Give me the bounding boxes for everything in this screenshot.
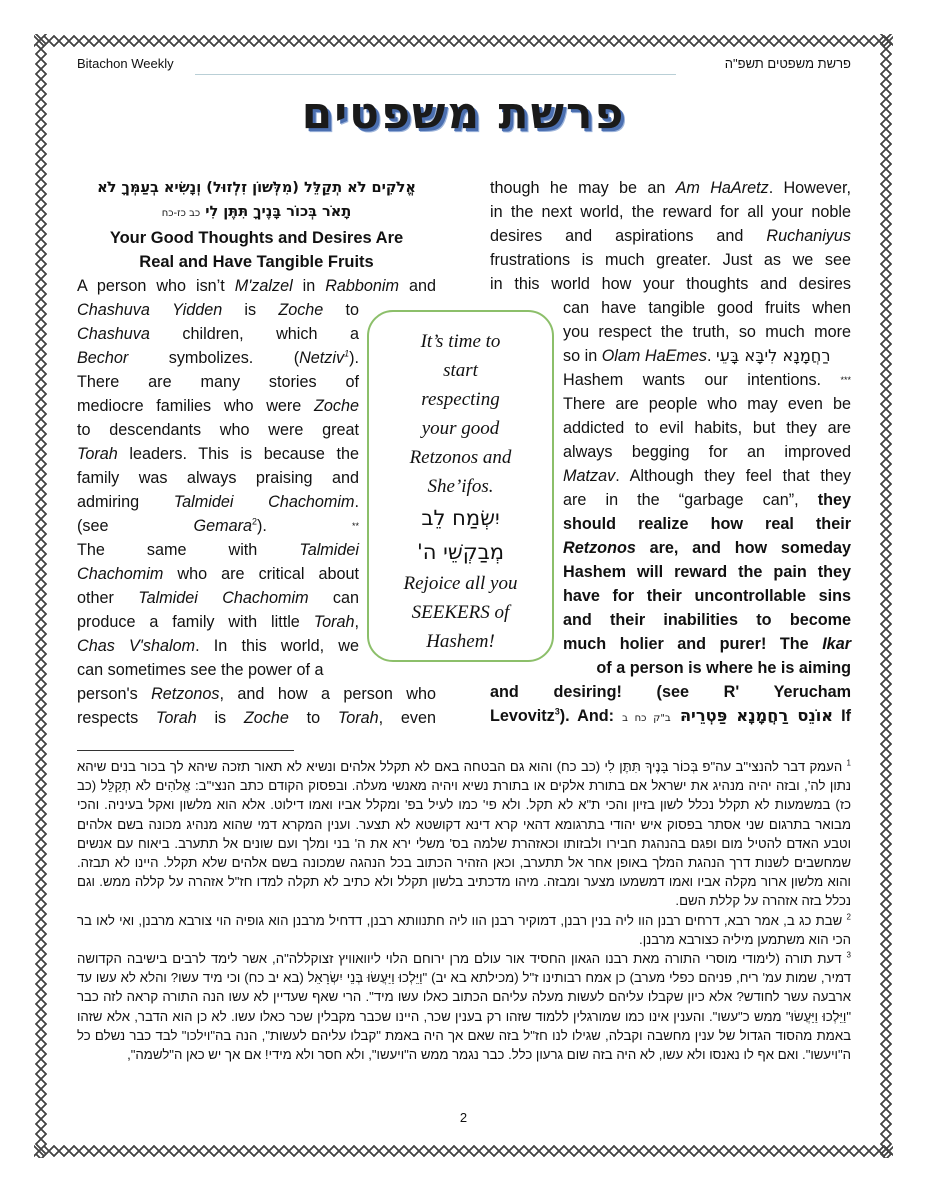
body-line: respects Torah is Zoche to Torah, even [77,706,436,730]
body-line: admiring Talmidei Chachomim. [77,490,359,514]
body-line: you respect the truth, so much more [563,320,851,344]
body-line: to descendants who were great [77,418,359,442]
quote-line: your good [369,414,552,443]
quote-line: It’s time to [369,327,552,356]
body-line: so in Olam HaEmes. רַחֲמָנָא לִיבָּא בָּ… [563,344,851,368]
header-parsha-year: פרשת משפטים תשפ"ה [725,56,851,71]
hebrew-verse: אֱלֹקִים לֹא תְקַלֵּל (מִלְּשׁוֹן זִלְזו… [77,176,436,226]
body-line: mediocre families who were Zoche [77,394,359,418]
quote-hebrew-line: יִשְׂמַח לֵב [369,501,552,535]
header-rule [195,74,676,75]
body-line: though he may be an Am HaAretz. However, [490,176,851,200]
body-line: A person who isn’t M'zalzel in Rabbonim … [77,274,436,298]
quote-line: respecting [369,385,552,414]
footnote-3: 3 דעת תורה (לימודי מוסרי התורה מאת רבנו … [77,949,851,1064]
body-line: can sometimes see the power of a [77,658,359,682]
footnote-text: העמק דבר להנצי"ב עה"פ בְּכוֹר בָּנֶיךָ ת… [77,759,851,908]
body-line: produce a family with little Torah, [77,610,359,634]
body-line: other Talmidei Chachomim can [77,586,359,610]
body-line: always begging for an improved [563,440,851,464]
page-title: פרשת משפטים [0,88,927,139]
quote-line: Hashem! [369,627,552,656]
hebrew-verse-line-1: אֱלֹקִים לֹא תְקַלֵּל (מִלְּשׁוֹן זִלְזו… [77,176,436,200]
quote-line: SEEKERS of [369,598,552,627]
page-header: Bitachon Weekly פרשת משפטים תשפ"ה [77,56,851,76]
body-line: and their inabilities to become [563,608,851,632]
body-line: Hashem will reward the pain they [563,560,851,584]
border-right [879,34,893,1158]
body-line: Chashuva Yidden is Zoche to [77,298,359,322]
left-wrap-block: Chashuva Yidden is Zoche to Chashuva chi… [77,298,359,682]
body-line: Chashuva children, which a [77,322,359,346]
footnotes: 1 העמק דבר להנצי"ב עה"פ בְּכוֹר בָּנֶיךָ… [77,757,851,1064]
footnote-number: 2 [847,912,851,921]
quote-line: Rejoice all you [369,569,552,598]
body-line: are in the “garbage can”, they [563,488,851,512]
body-line: Chas V'shalom. In this world, we [77,634,359,658]
body-line: Bechor symbolizes. (Netziv1). [77,346,359,370]
border-top [34,34,893,48]
body-line: Retzonos are, and how someday [563,536,851,560]
page-number: 2 [0,1110,927,1125]
body-line: (see Gemara2). ** [77,514,359,538]
body-line: desires and aspirations and Ruchaniyus [490,224,851,248]
footnote-2: 2 שבת כג ב, אמר רבא, דרחים רבנן הוו ליה … [77,911,851,949]
footnote-text: שבת כג ב, אמר רבא, דרחים רבנן הוו ליה בנ… [77,913,851,947]
body-line: Chachomim who are critical about [77,562,359,586]
header-publication-name: Bitachon Weekly [77,56,174,71]
footnote-text: דעת תורה (לימודי מוסרי התורה מאת רבנו הג… [77,951,851,1062]
footnote-number: 1 [847,759,851,768]
body-line: Levovitz3). And: אוֹנֵס רַחֲמָנָא פַּטְר… [490,704,851,728]
body-line: Matzav. Although they feel that they [563,464,851,488]
hebrew-verse-line-2: תָאֹר בְּכוֹר בָּנֶיךָ תִּתֶּן לִי כב כז… [77,200,436,226]
quote-line: start [369,356,552,385]
body-line: There are people who may even be [563,392,851,416]
quote-hebrew-line: מְבַקְשֵׁי ה' [369,535,552,569]
body-line: of a person is where he is aiming [490,656,851,680]
pull-quote-box: It’s time to start respecting your good … [367,310,554,662]
body-line: Hashem wants our intentions. *** [563,368,851,392]
body-line: The same with Talmidei [77,538,359,562]
body-line: frustrations is much greater. Just as we… [490,248,851,272]
article-heading: Your Good Thoughts and Desires Are Real … [77,226,436,274]
body-line: should realize how real their [563,512,851,536]
quote-line: Retzonos and [369,443,552,472]
body-line: can have tangible good fruits when [563,296,851,320]
body-line: much holier and purer! The Ikar [563,632,851,656]
border-left [34,34,48,1158]
body-line: family was always praising and [77,466,359,490]
right-wrap-block: can have tangible good fruits when you r… [563,296,851,656]
body-line: person's Retzonos, and how a person who [77,682,436,706]
body-line: and desiring! (see R' Yerucham [490,680,851,704]
footnote-separator [77,750,294,751]
body-line: There are many stories of [77,370,359,394]
body-line: addicted to evil habits, but they are [563,416,851,440]
verse-reference: כב כז-כח [162,208,200,219]
body-line: in the next world, the reward for all yo… [490,200,851,224]
body-line: in this world how your thoughts and desi… [490,272,851,296]
border-bottom [34,1144,893,1158]
footnote-number: 3 [847,951,851,960]
footnote-1: 1 העמק דבר להנצי"ב עה"פ בְּכוֹר בָּנֶיךָ… [77,757,851,911]
body-line: Torah leaders. This is because the [77,442,359,466]
body-line: have for their uncontrollable sins [563,584,851,608]
quote-line: She’ifos. [369,472,552,501]
